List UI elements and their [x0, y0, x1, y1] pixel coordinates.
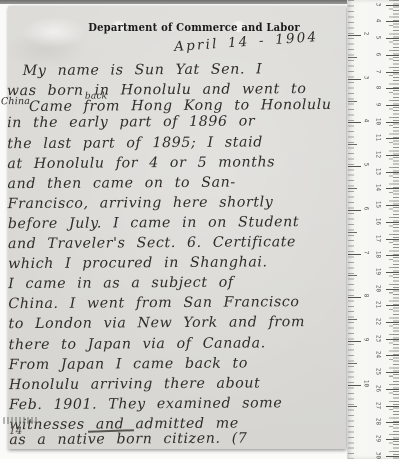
ruler-cm-tick [386, 105, 399, 106]
ruler-cm-tick [386, 456, 399, 457]
ruler-cm-number: 21 [375, 299, 382, 311]
ruler-cm-tick [386, 188, 399, 189]
body-line: as a native born citizen. (7 [9, 430, 343, 447]
ruler-inch-number: 4 [363, 115, 370, 127]
ruler-cm-tick [386, 439, 399, 440]
ruler-halfinch-tick [348, 101, 357, 102]
ruler-cm-tick [386, 272, 399, 273]
ruler-halfinch-tick [348, 144, 357, 145]
body-line: which I procured in Shanghai. [8, 254, 342, 276]
ruler-cm-number: 25 [375, 366, 382, 378]
ruler-cm-tick [386, 289, 399, 290]
body-line: Feb. 1901. They examined some [9, 395, 343, 417]
body-line: Francisco, arriving here shortly [8, 194, 342, 216]
ruler-cm-tick [386, 172, 399, 173]
ruler-halfinch-tick [348, 319, 357, 320]
ruler-cm-number: 20 [375, 282, 382, 294]
ruler-halfinch-tick [348, 57, 357, 58]
handwritten-body: My name is Sun Yat Sen. I was born in Ho… [7, 61, 344, 447]
faint-stamp-mark [3, 417, 39, 424]
ruler-halfinch-tick [348, 363, 357, 364]
ruler-inch-tick [348, 341, 361, 342]
ruler-inch-minor-ticks [348, 0, 354, 459]
ruler-inch-tick [348, 385, 361, 386]
ruler-inch-number: 3 [363, 71, 370, 83]
ruler-cm-tick [386, 422, 399, 423]
ruler-inch-number: 6 [363, 202, 370, 214]
ruler-inch-number: 8 [363, 290, 370, 302]
ruler-cm-tick [386, 55, 399, 56]
ruler-cm-tick [386, 305, 399, 306]
ruler-cm-tick [386, 21, 399, 22]
body-line: to London via New York and from [8, 314, 342, 336]
ruler-cm-number: 13 [375, 165, 382, 177]
ruler-halfinch-tick [348, 275, 357, 276]
ruler-cm-tick [386, 372, 399, 373]
body-line: the last part of 1895; I staid [7, 133, 341, 155]
ruler-cm-minor-ticks [393, 0, 399, 459]
margin-annotation-china: China [1, 96, 30, 107]
ruler-cm-number: 9 [375, 98, 382, 110]
ruler-inch-tick [348, 122, 361, 123]
ruler-cm-number: 5 [375, 32, 382, 44]
body-line: From Japan I came back to [9, 354, 343, 376]
ruler-cm-number: 28 [375, 416, 382, 428]
inserted-word-back: back [85, 92, 107, 102]
body-line: My name is Sun Yat Sen. I [7, 61, 341, 83]
ruler-halfinch-tick [348, 188, 357, 189]
ruler-cm-number: 16 [375, 215, 382, 227]
ruler-cm-tick [386, 255, 399, 256]
ruler-cm-tick [386, 355, 399, 356]
ruler-inch-number: 10 [363, 377, 370, 389]
ruler-cm-number: 27 [375, 399, 382, 411]
body-line-text: Came from Hong Kong to Honolulu [7, 97, 332, 115]
ruler-cm-number: 10 [375, 115, 382, 127]
ruler-inch-number: 7 [363, 246, 370, 258]
ruler-inch-tick [348, 254, 361, 255]
ruler-cm-tick [386, 38, 399, 39]
ruler-cm-number: 17 [375, 232, 382, 244]
body-line: and then came on to San- [7, 174, 341, 196]
ruler-inch-tick [348, 166, 361, 167]
ruler-cm-tick [386, 205, 399, 206]
ruler-cm-number: 12 [375, 149, 382, 161]
ruler-cm-number: 3 [375, 0, 382, 10]
ruler-cm-number: 18 [375, 249, 382, 261]
scan-edge-strip [0, 0, 351, 4]
ruler-cm-number: 26 [375, 382, 382, 394]
body-line: at Honolulu for 4 or 5 months [7, 153, 341, 175]
ruler-halfcm-ticks [389, 0, 393, 459]
ruler-cm-number: 11 [375, 132, 382, 144]
ruler-inch-tick [348, 79, 361, 80]
ruler-cm-number: 15 [375, 199, 382, 211]
body-line: there to Japan via of Canada. [9, 334, 343, 356]
ruler-cm-tick [386, 339, 399, 340]
ruler-cm-number: 19 [375, 265, 382, 277]
ruler-cm-tick [386, 406, 399, 407]
ruler-cm-number: 23 [375, 332, 382, 344]
ruler-cm-number: 4 [375, 15, 382, 27]
ruler-cm-tick [386, 122, 399, 123]
ruler-cm-number: 24 [375, 349, 382, 361]
ruler-inch-number: 9 [363, 333, 370, 345]
ruler-cm-number: 14 [375, 182, 382, 194]
body-line: and Traveler's Sect. 6. Certificate [8, 234, 342, 256]
ruler-cm-number: 29 [375, 432, 382, 444]
ruler-cm-tick [386, 155, 399, 156]
body-line: China. I went from San Francisco [8, 294, 342, 316]
ruler-cm-tick [386, 222, 399, 223]
body-line: Honolulu arriving there about [9, 375, 343, 397]
ruler-cm-number: 30 [375, 449, 382, 459]
ruler-cm-tick [386, 322, 399, 323]
ruler-halfinch-tick [348, 232, 357, 233]
ruler-cm-number: 22 [375, 316, 382, 328]
ruler: 2345678910345678910111213141516171819202… [347, 0, 399, 459]
ruler-cm-tick [386, 72, 399, 73]
ruler-inch-tick [348, 35, 361, 36]
ruler-inch-tick [348, 210, 361, 211]
ruler-inch-number: 2 [363, 28, 370, 40]
ruler-cm-tick [386, 239, 399, 240]
ruler-cm-tick [386, 138, 399, 139]
body-line: in the early part of 1896 or [7, 113, 341, 135]
ruler-cm-tick [386, 88, 399, 89]
body-line: before July. I came in on Student [8, 214, 342, 236]
body-line: I came in as a subject of [8, 274, 342, 296]
ruler-inch-number: 5 [363, 159, 370, 171]
ruler-cm-number: 8 [375, 82, 382, 94]
ruler-cm-number: 6 [375, 48, 382, 60]
ruler-cm-number: 7 [375, 65, 382, 77]
page-number: 14 [9, 425, 22, 437]
ruler-inch-tick [348, 297, 361, 298]
ruler-halfinch-tick [348, 406, 357, 407]
ruler-cm-tick [386, 389, 399, 390]
ruler-cm-tick [386, 5, 399, 6]
